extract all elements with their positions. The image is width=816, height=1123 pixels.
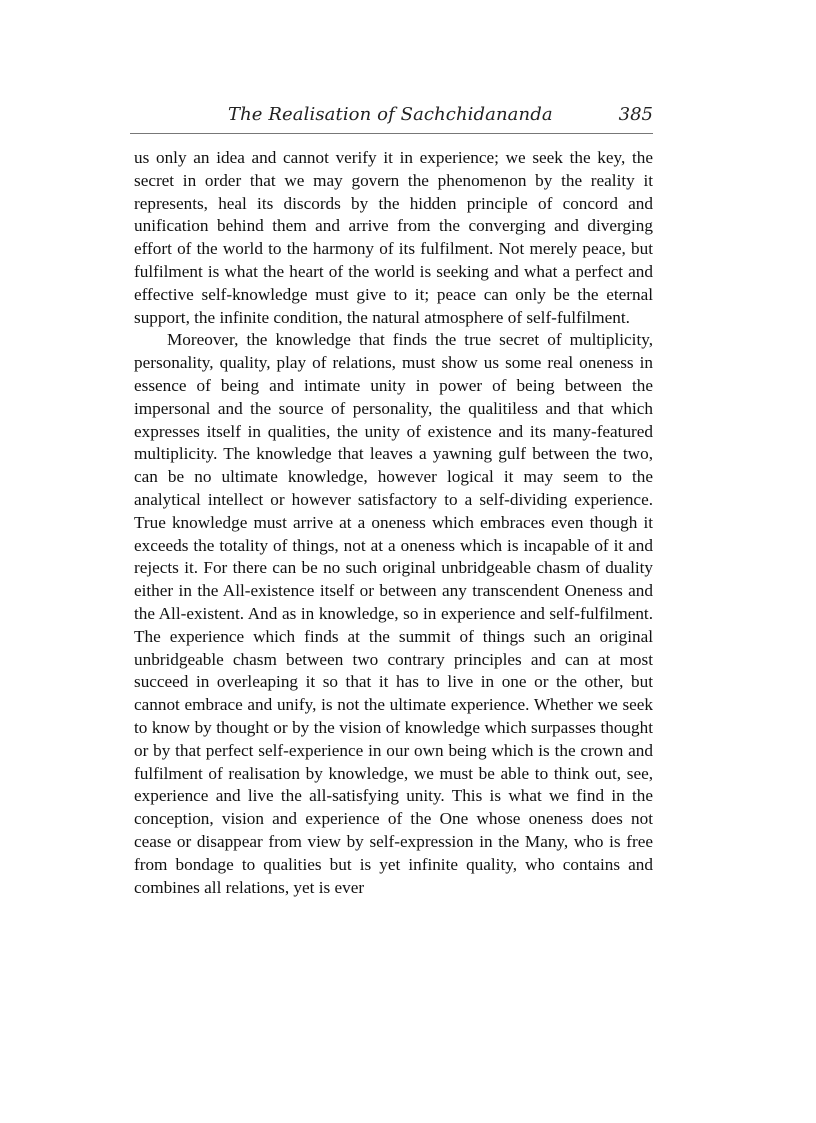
- body-text: us only an idea and cannot verify it in …: [134, 147, 653, 899]
- page-number: 385: [619, 104, 653, 125]
- paragraph: us only an idea and cannot verify it in …: [134, 147, 653, 329]
- paragraph: Moreover, the knowledge that finds the t…: [134, 329, 653, 899]
- chapter-title: The Realisation of Sachchidananda: [228, 104, 553, 125]
- book-page: The Realisation of Sachchidananda 385 us…: [0, 0, 816, 1123]
- running-head: The Realisation of Sachchidananda 385: [130, 100, 653, 130]
- header-rule: [130, 133, 653, 134]
